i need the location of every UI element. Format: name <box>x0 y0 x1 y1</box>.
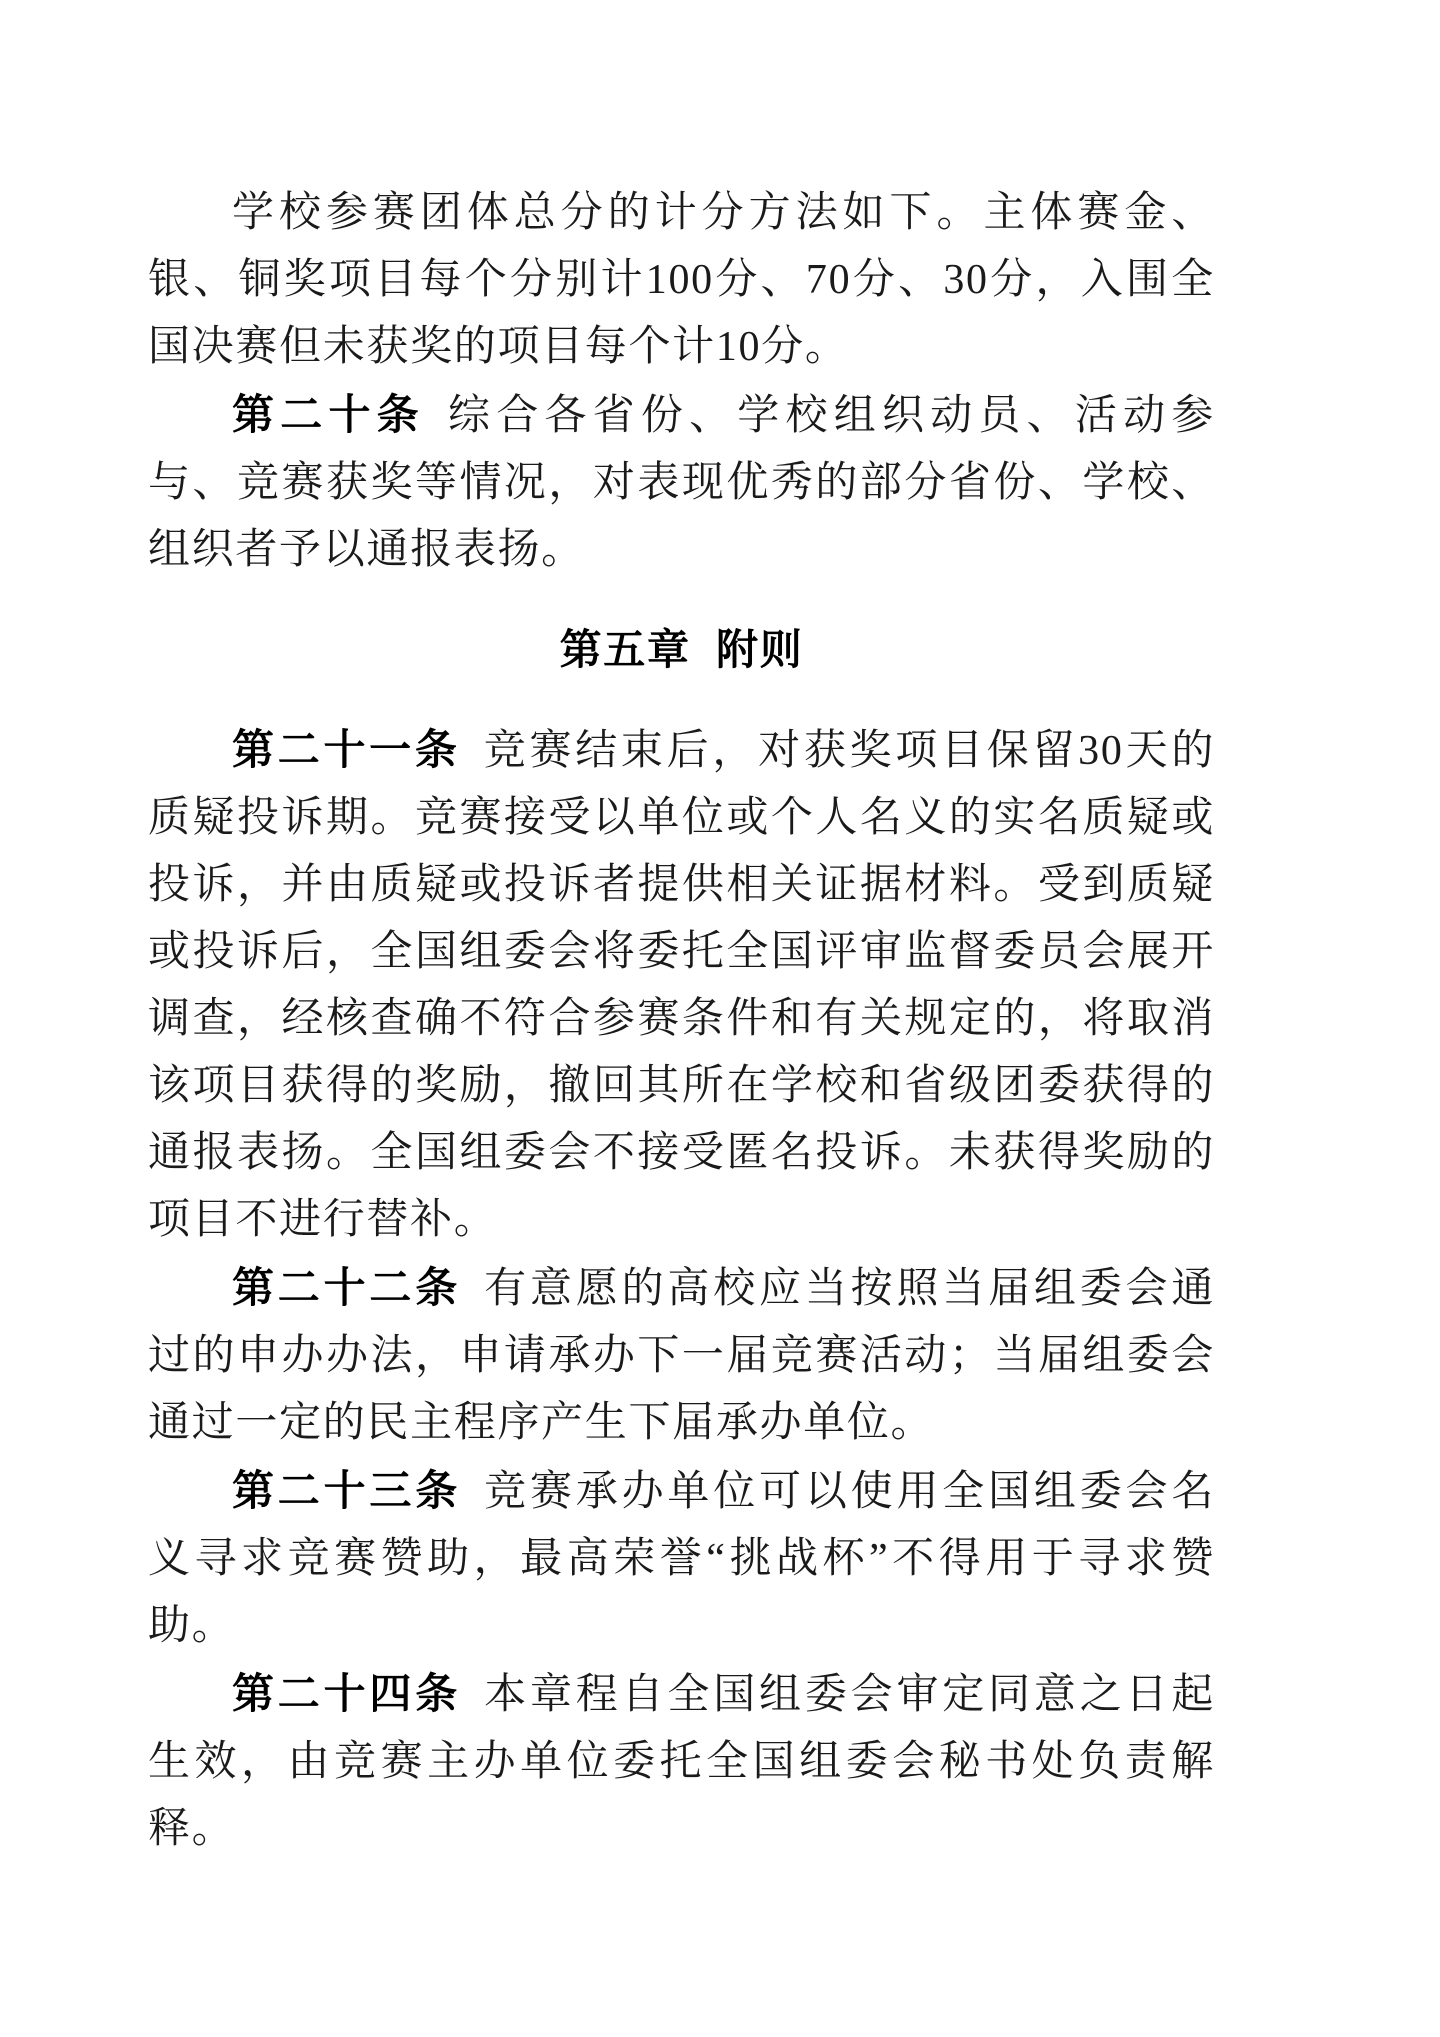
clause-number: 第二十一条 <box>232 726 461 773</box>
clause-number: 第二十三条 <box>232 1467 461 1514</box>
document-page: 学校参赛团体总分的计分方法如下。主体赛金、银、铜奖项目每个分别计100分、70分… <box>0 0 1440 2037</box>
clause-number: 第二十二条 <box>232 1264 461 1311</box>
paragraph-text: 学校参赛团体总分的计分方法如下。主体赛金、银、铜奖项目每个分别计100分、70分… <box>148 190 1215 370</box>
document-text-block: 学校参赛团体总分的计分方法如下。主体赛金、银、铜奖项目每个分别计100分、70分… <box>148 180 1215 1863</box>
paragraph-article-22: 第二十二条有意愿的高校应当按照当届组委会通过的申办办法，申请承办下一届竞赛活动；… <box>148 1254 1215 1457</box>
paragraph-text: 竞赛结束后，对获奖项目保留30天的质疑投诉期。竞赛接受以单位或个人名义的实名质疑… <box>148 728 1215 1243</box>
clause-number: 第二十条 <box>232 391 425 438</box>
clause-number: 第二十四条 <box>232 1670 461 1717</box>
paragraph-article-21: 第二十一条竞赛结束后，对获奖项目保留30天的质疑投诉期。竞赛接受以单位或个人名义… <box>148 716 1215 1254</box>
paragraph-team-scoring: 学校参赛团体总分的计分方法如下。主体赛金、银、铜奖项目每个分别计100分、70分… <box>148 180 1215 381</box>
chapter-5-heading: 第五章 附则 <box>148 616 1215 683</box>
paragraph-article-24: 第二十四条本章程自全国组委会审定同意之日起生效，由竞赛主办单位委托全国组委会秘书… <box>148 1660 1215 1863</box>
paragraph-article-23: 第二十三条竞赛承办单位可以使用全国组委会名义寻求竞赛赞助，最高荣誉“挑战杯”不得… <box>148 1457 1215 1660</box>
paragraph-article-20: 第二十条综合各省份、学校组织动员、活动参与、竞赛获奖等情况，对表现优秀的部分省份… <box>148 381 1215 584</box>
